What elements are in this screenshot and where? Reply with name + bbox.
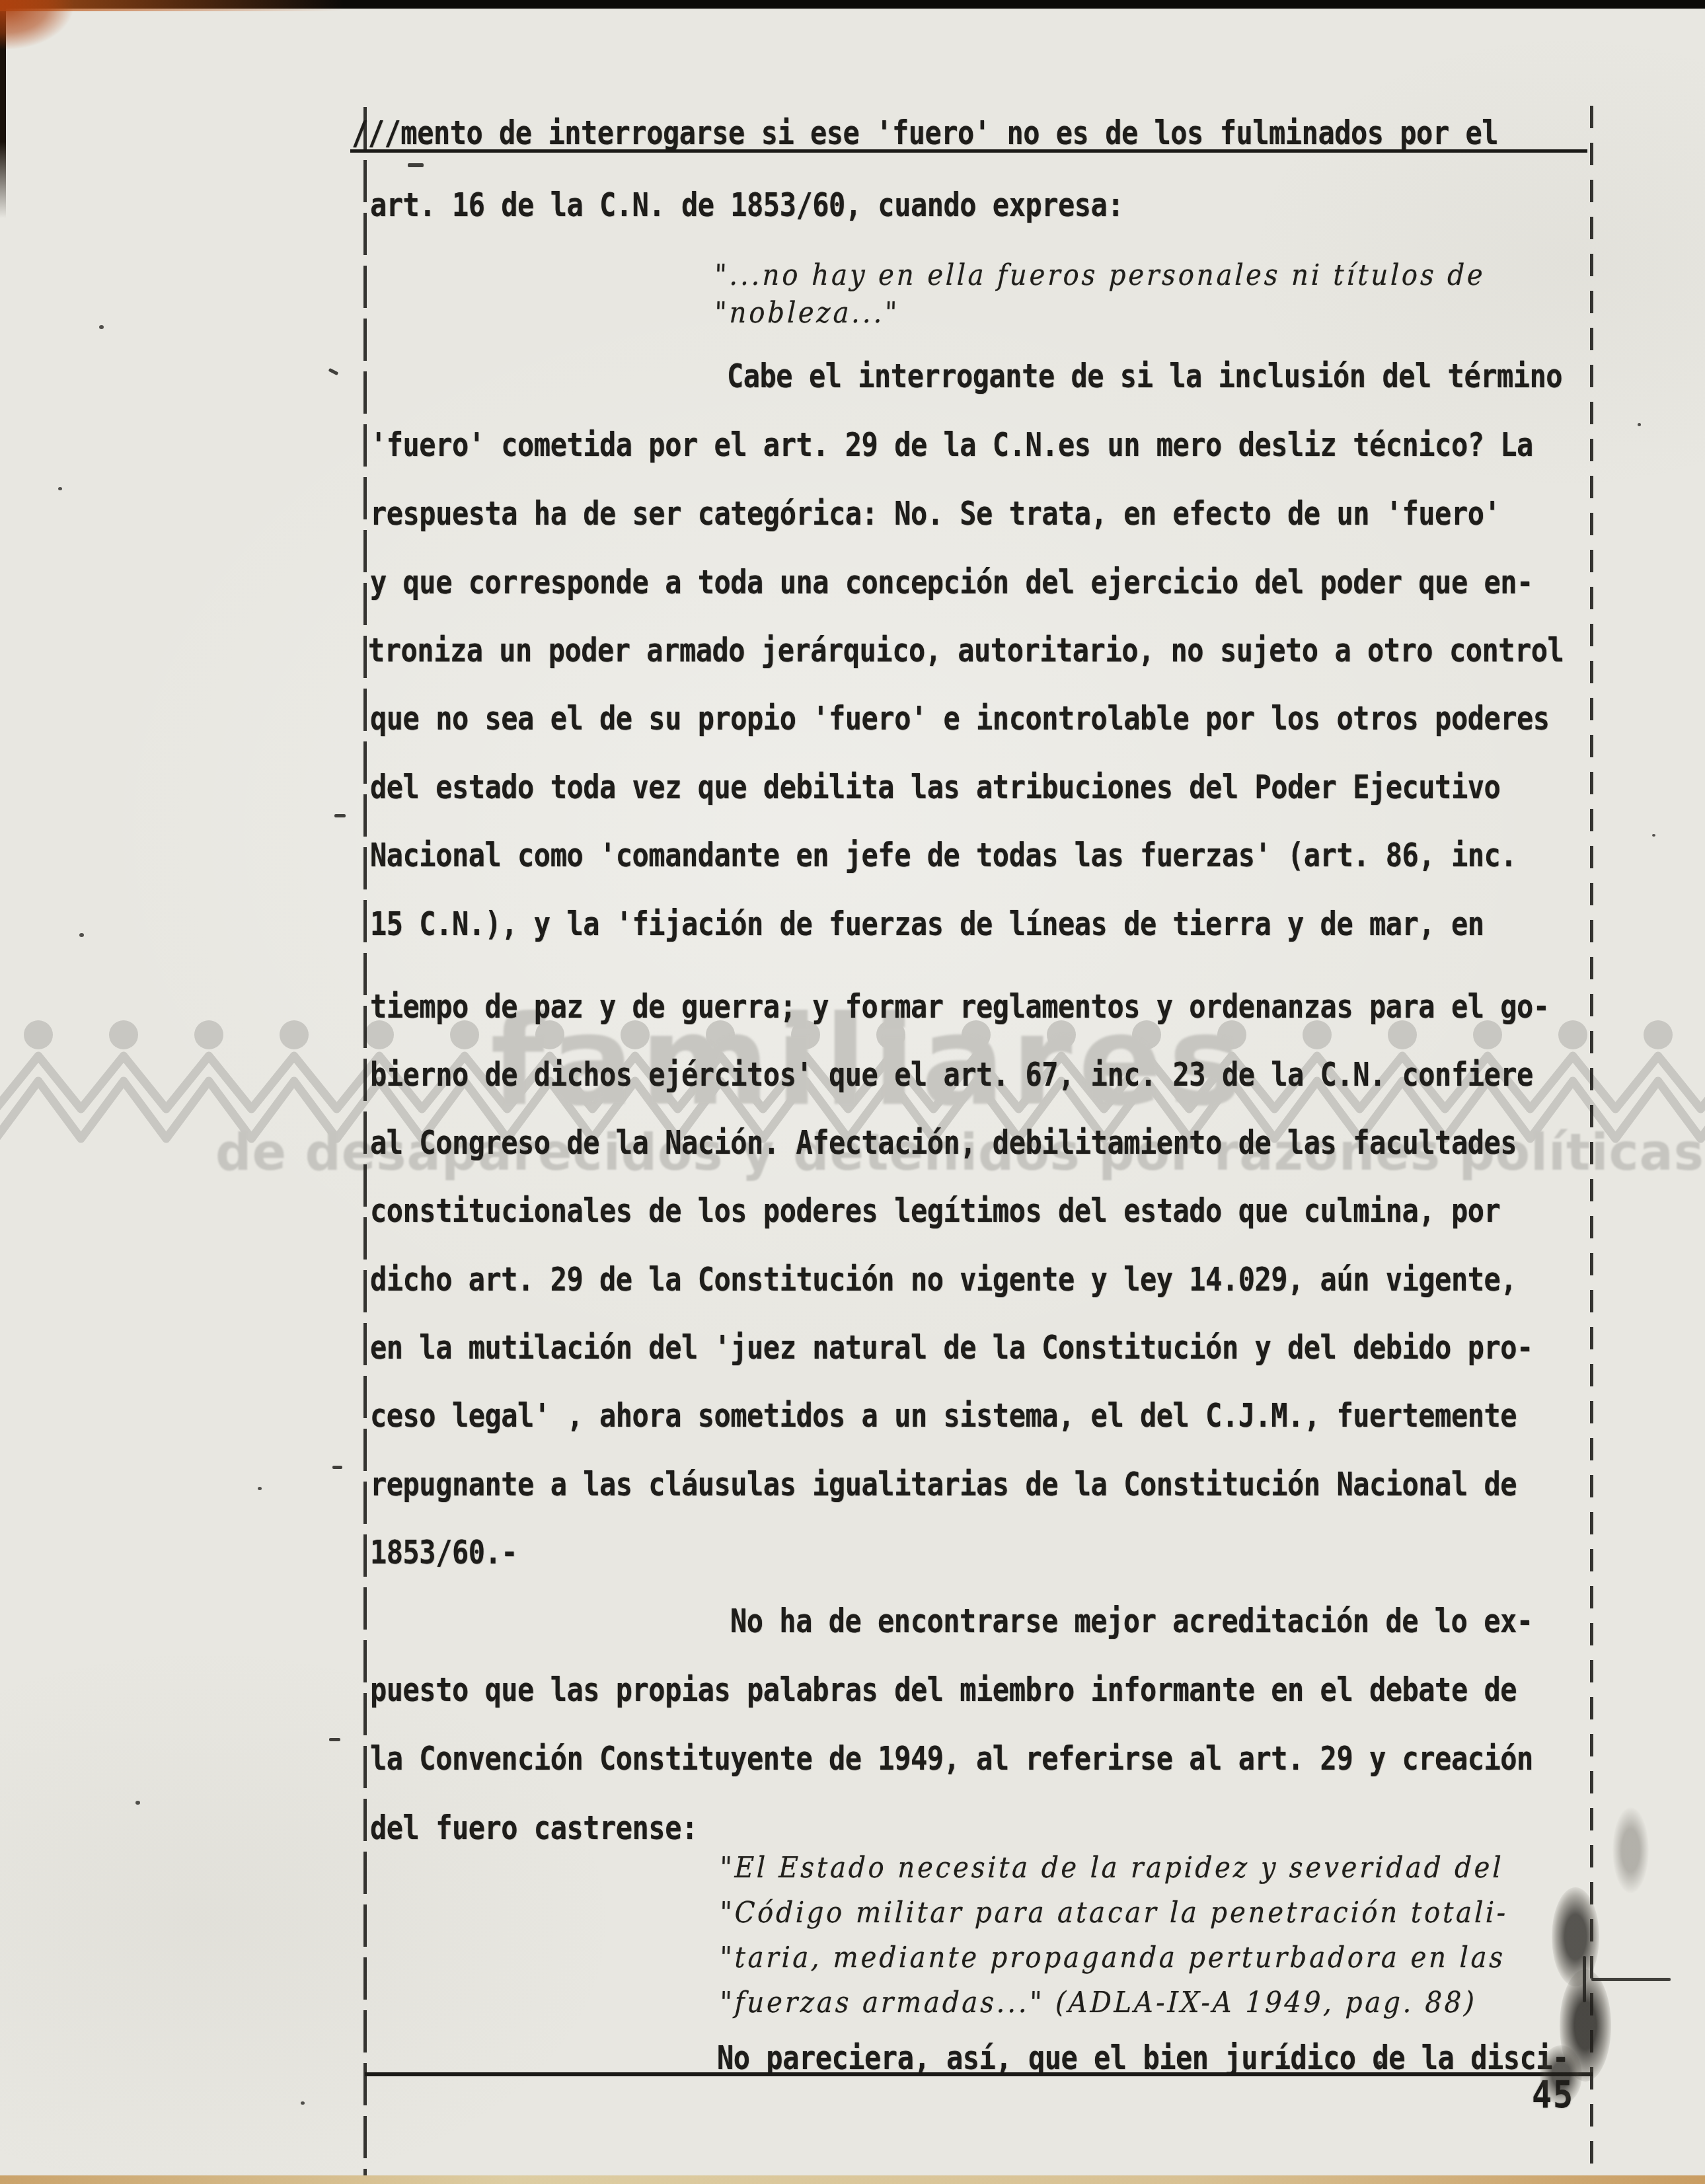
typewritten-line: que no sea el de su propio 'fuero' e inc… xyxy=(370,699,1550,737)
quoted-text-line: "Código militar para atacar la penetraci… xyxy=(719,1897,1509,1928)
typewritten-line: al Congreso de la Nación. Afectación, de… xyxy=(370,1123,1517,1162)
paper-speck xyxy=(1282,2060,1286,2064)
typewritten-line: puesto que las propias palabras del miem… xyxy=(370,1671,1517,1709)
stray-dash xyxy=(408,163,424,167)
typewritten-line: del estado toda vez que debilita las atr… xyxy=(370,768,1500,806)
typewritten-line: 15 C.N.), y la 'fijación de fuerzas de l… xyxy=(370,905,1484,943)
typewritten-line: 1853/60.- xyxy=(370,1533,517,1571)
quoted-text-line: "fuerzas armadas..." (ADLA-IX-A 1949, pa… xyxy=(719,1986,1477,2018)
typewritten-line: del fuero castrense: xyxy=(370,1809,698,1847)
stray-dash xyxy=(332,1466,342,1469)
typewritten-line: ceso legal' , ahora sometidos a un siste… xyxy=(370,1396,1517,1435)
pen-stroke xyxy=(1583,1956,1586,2002)
typewritten-line: respuesta ha de ser categórica: No. Se t… xyxy=(370,494,1500,533)
stray-dash xyxy=(328,368,339,375)
photo-edge-bottom xyxy=(0,2175,1705,2184)
ink-stain xyxy=(1612,1807,1649,1893)
typewritten-line: troniza un poder armado jerárquico, auto… xyxy=(368,631,1564,669)
right-margin-line xyxy=(1590,106,1593,2184)
paper-speck xyxy=(258,1487,262,1490)
paper-speck xyxy=(1652,834,1655,837)
quoted-text-line: "taria, mediante propaganda perturbadora… xyxy=(719,1941,1505,1973)
paper-speck xyxy=(79,933,84,937)
paper-speck xyxy=(1328,2063,1332,2066)
quoted-text-line: "El Estado necesita de la rapidez y seve… xyxy=(719,1852,1503,1883)
pen-stroke xyxy=(1591,1978,1671,1981)
typewritten-line: art. 16 de la C.N. de 1853/60, cuando ex… xyxy=(370,186,1123,224)
typewritten-line: constitucionales de los poderes legítimo… xyxy=(370,1191,1500,1230)
typewritten-line: No ha de encontrarse mejor acreditación … xyxy=(730,1602,1533,1640)
typewritten-line: y que corresponde a toda una concepción … xyxy=(370,563,1533,601)
stray-dash xyxy=(334,814,346,817)
typewritten-line: Cabe el interrogante de si la inclusión … xyxy=(727,357,1562,395)
typewritten-line: repugnante a las cláusulas igualitarias … xyxy=(370,1465,1517,1503)
stray-dash xyxy=(329,1738,340,1741)
typewritten-line: tiempo de paz y de guerra; y formar regl… xyxy=(370,987,1550,1026)
document-page: familiares de desaparecidos y detenidos … xyxy=(0,0,1705,2184)
typewritten-line: ///mento de interrogarse si ese 'fuero' … xyxy=(352,114,1498,152)
quoted-text-line: "...no hay en ella fueros personales ni … xyxy=(714,259,1486,291)
footer-rule xyxy=(365,2072,1593,2076)
paper-speck xyxy=(1638,423,1641,426)
left-margin-line xyxy=(363,107,367,2184)
quoted-text-line: "nobleza..." xyxy=(714,297,899,328)
typewritten-line: dicho art. 29 de la Constitución no vige… xyxy=(370,1260,1517,1299)
typewritten-line: bierno de dichos ejércitos' que el art. … xyxy=(370,1055,1533,1094)
photo-corner-mark xyxy=(0,0,73,49)
paper-speck xyxy=(135,1801,140,1805)
underline-rule xyxy=(350,149,1587,153)
typewritten-line: Nacional como 'comandante en jefe de tod… xyxy=(370,836,1517,874)
ink-stain xyxy=(1540,2045,1582,2105)
paper-speck xyxy=(58,487,62,490)
paper-speck xyxy=(99,325,104,329)
typewritten-line: 'fuero' cometida por el art. 29 de la C.… xyxy=(370,426,1533,464)
paper-speck xyxy=(1378,2061,1382,2064)
paper-speck xyxy=(301,2101,305,2105)
typewritten-line: No pareciera, así, que el bien jurídico … xyxy=(717,2039,1569,2077)
typewritten-line: la Convención Constituyente de 1949, al … xyxy=(370,1739,1533,1778)
typewritten-line: en la mutilación del 'juez natural de la… xyxy=(370,1328,1533,1367)
